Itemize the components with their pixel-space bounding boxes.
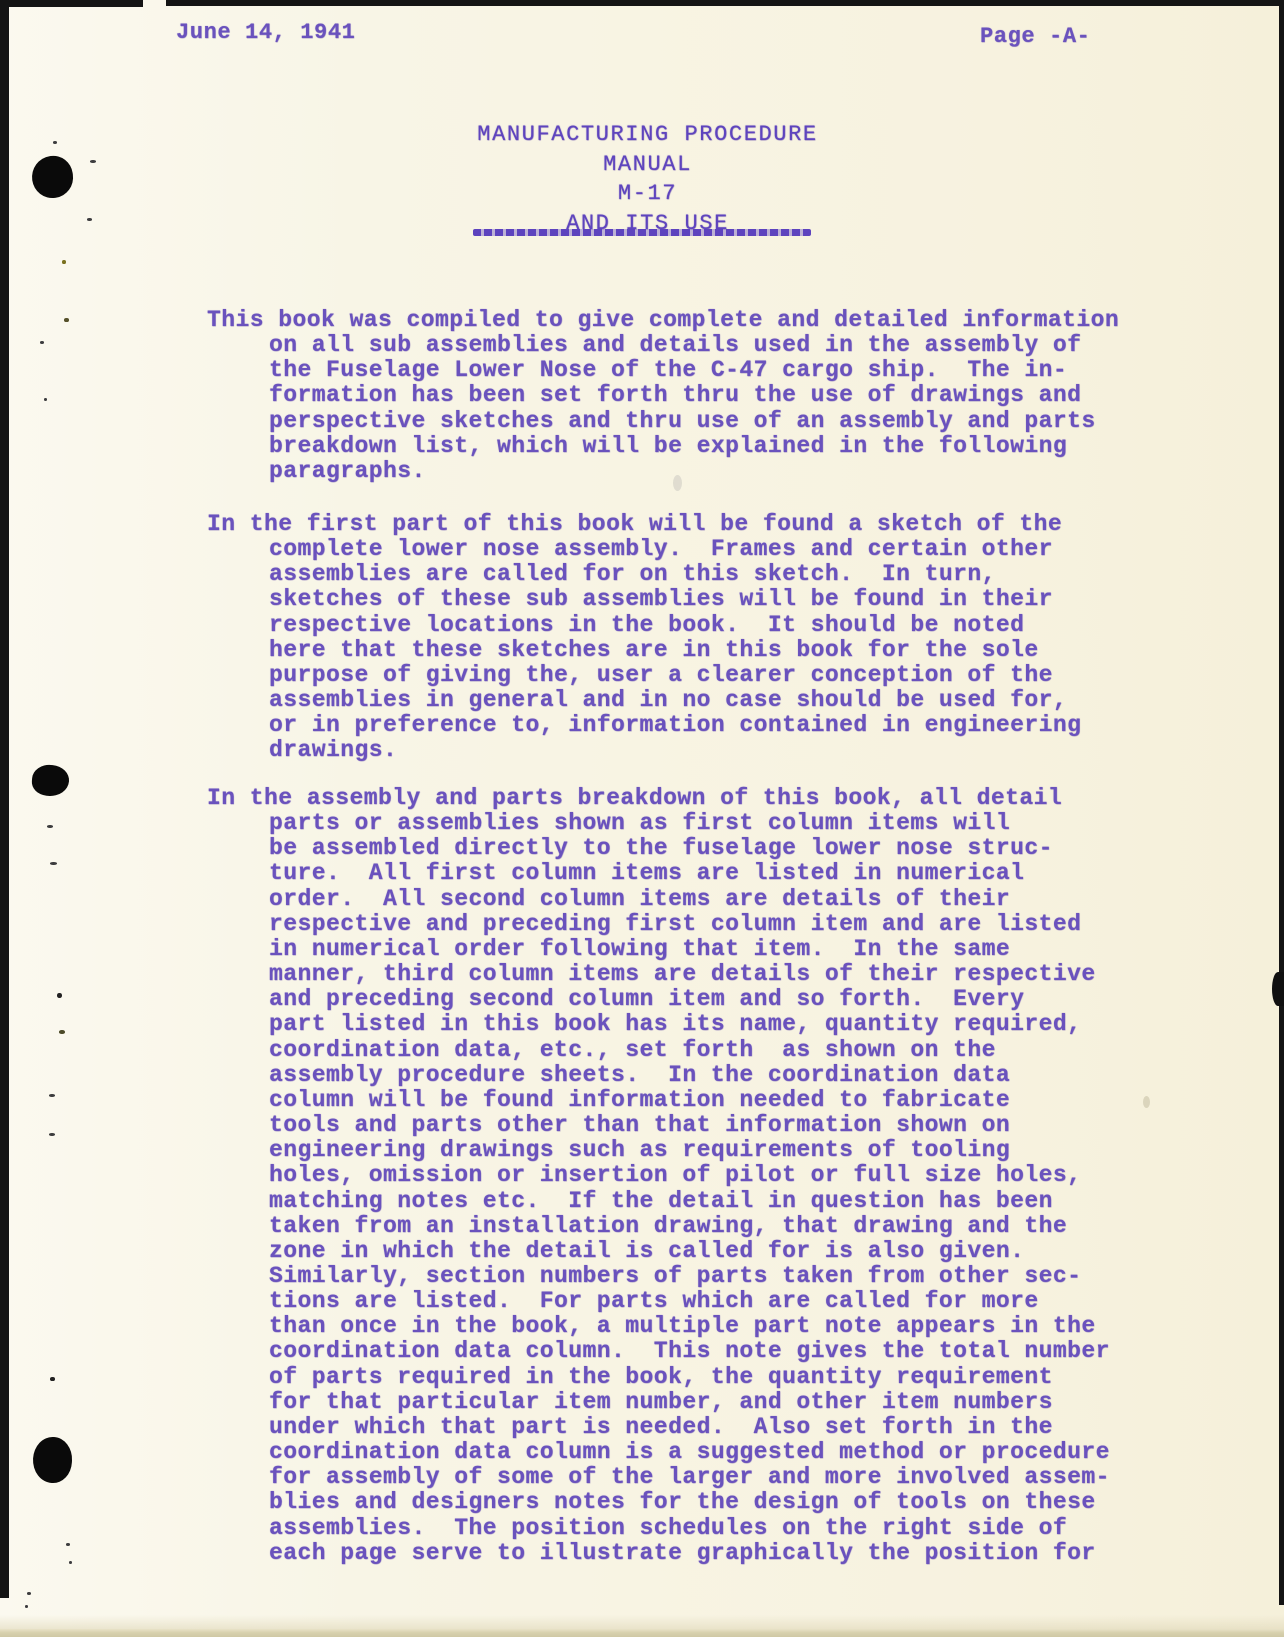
paper-speck: [64, 318, 69, 322]
text-line: and preceding second column item and so …: [207, 987, 1207, 1012]
paper-speck: [62, 260, 66, 264]
text-line: parts or assemblies shown as first colum…: [207, 811, 1207, 836]
text-line: taken from an installation drawing, that…: [207, 1214, 1207, 1239]
paper-speck: [40, 341, 44, 344]
text-line: assemblies in general and in no case sho…: [207, 688, 1207, 713]
text-line: breakdown list, which will be explained …: [207, 434, 1207, 459]
paragraph-3: In the assembly and parts breakdown of t…: [207, 786, 1207, 1566]
text-line: tions are listed. For parts which are ca…: [207, 1289, 1207, 1314]
text-line: under which that part is needed. Also se…: [207, 1415, 1207, 1440]
text-line: respective and preceding first column it…: [207, 912, 1207, 937]
text-line: column will be found information needed …: [207, 1088, 1207, 1113]
paper-speck: [25, 1605, 28, 1608]
page-number: Page -A-: [980, 24, 1090, 49]
text-line: paragraphs.: [207, 459, 1207, 484]
text-line: of parts required in the book, the quant…: [207, 1365, 1207, 1390]
paper-speck: [27, 1592, 31, 1595]
text-line: perspective sketches and thru use of an …: [207, 409, 1207, 434]
paper-speck: [49, 1133, 55, 1136]
text-line: ture. All first column items are listed …: [207, 861, 1207, 886]
scan-edge-right-bump: [1272, 972, 1284, 1006]
paper-bottom-edge: [0, 1629, 1284, 1637]
text-line: manner, third column items are details o…: [207, 962, 1207, 987]
scan-edge-right: [1279, 0, 1284, 1605]
date-line: June 14, 1941: [176, 20, 355, 45]
scan-edge-top: [166, 0, 1284, 6]
paper-speck: [44, 398, 47, 401]
text-line: part listed in this book has its name, q…: [207, 1012, 1207, 1037]
text-line: here that these sketches are in this boo…: [207, 638, 1207, 663]
text-line: zone in which the detail is called for i…: [207, 1239, 1207, 1264]
text-line: in numerical order following that item. …: [207, 937, 1207, 962]
text-line: or in preference to, information contain…: [207, 713, 1207, 738]
document-page: June 14, 1941 Page -A- MANUFACTURING PRO…: [0, 0, 1284, 1637]
text-line: assemblies are called for on this sketch…: [207, 562, 1207, 587]
text-line: than once in the book, a multiple part n…: [207, 1314, 1207, 1339]
title-line-3: M-17: [10, 179, 1284, 209]
text-line: formation has been set forth thru the us…: [207, 383, 1207, 408]
text-line: assembly procedure sheets. In the coordi…: [207, 1063, 1207, 1088]
scan-edge-left: [0, 0, 9, 1598]
scan-edge-top: [0, 0, 143, 7]
paragraph-1: This book was compiled to give complete …: [207, 308, 1207, 484]
text-line: for that particular item number, and oth…: [207, 1390, 1207, 1415]
text-line: holes, omission or insertion of pilot or…: [207, 1163, 1207, 1188]
text-line: the Fuselage Lower Nose of the C-47 carg…: [207, 358, 1207, 383]
text-line: on all sub assemblies and details used i…: [207, 333, 1207, 358]
text-line: engineering drawings such as requirement…: [207, 1138, 1207, 1163]
text-line: In the first part of this book will be f…: [207, 512, 1207, 537]
text-line: drawings.: [207, 738, 1207, 763]
title-underline: [473, 229, 811, 236]
paper-speck: [49, 1094, 55, 1097]
text-line: assemblies. The position schedules on th…: [207, 1516, 1207, 1541]
text-line: purpose of giving the, user a clearer co…: [207, 663, 1207, 688]
hole-punch: [31, 763, 71, 797]
text-line: In the assembly and parts breakdown of t…: [207, 786, 1207, 811]
paper-bottom-shadow: [0, 1615, 1284, 1629]
text-line: coordination data column is a suggested …: [207, 1440, 1207, 1465]
title-line-1: MANUFACTURING PROCEDURE: [10, 120, 1284, 150]
text-line: This book was compiled to give complete …: [207, 308, 1207, 333]
text-line: matching notes etc. If the detail in que…: [207, 1189, 1207, 1214]
text-line: blies and designers notes for the design…: [207, 1490, 1207, 1515]
paragraph-2: In the first part of this book will be f…: [207, 512, 1207, 764]
text-line: for assembly of some of the larger and m…: [207, 1465, 1207, 1490]
text-line: each page serve to illustrate graphicall…: [207, 1541, 1207, 1566]
text-line: coordination data, etc., set forth as sh…: [207, 1038, 1207, 1063]
text-line: order. All second column items are detai…: [207, 887, 1207, 912]
text-line: tools and parts other than that informat…: [207, 1113, 1207, 1138]
paper-speck: [69, 1561, 72, 1564]
hole-punch: [32, 1436, 73, 1484]
text-line: be assembled directly to the fuselage lo…: [207, 836, 1207, 861]
paper-speck: [57, 993, 62, 998]
title-block: MANUFACTURING PROCEDURE MANUAL M-17 AND …: [10, 120, 1284, 238]
paper-speck: [50, 862, 57, 865]
text-line: coordination data column. This note give…: [207, 1339, 1207, 1364]
paper-speck: [47, 825, 53, 828]
text-line: complete lower nose assembly. Frames and…: [207, 537, 1207, 562]
paper-speck: [50, 1377, 55, 1381]
text-line: Similarly, section numbers of parts take…: [207, 1264, 1207, 1289]
paper-speck: [66, 1543, 70, 1546]
title-line-2: MANUAL: [10, 150, 1284, 180]
text-line: sketches of these sub assemblies will be…: [207, 587, 1207, 612]
paper-speck: [59, 1030, 65, 1034]
text-line: respective locations in the book. It sho…: [207, 613, 1207, 638]
